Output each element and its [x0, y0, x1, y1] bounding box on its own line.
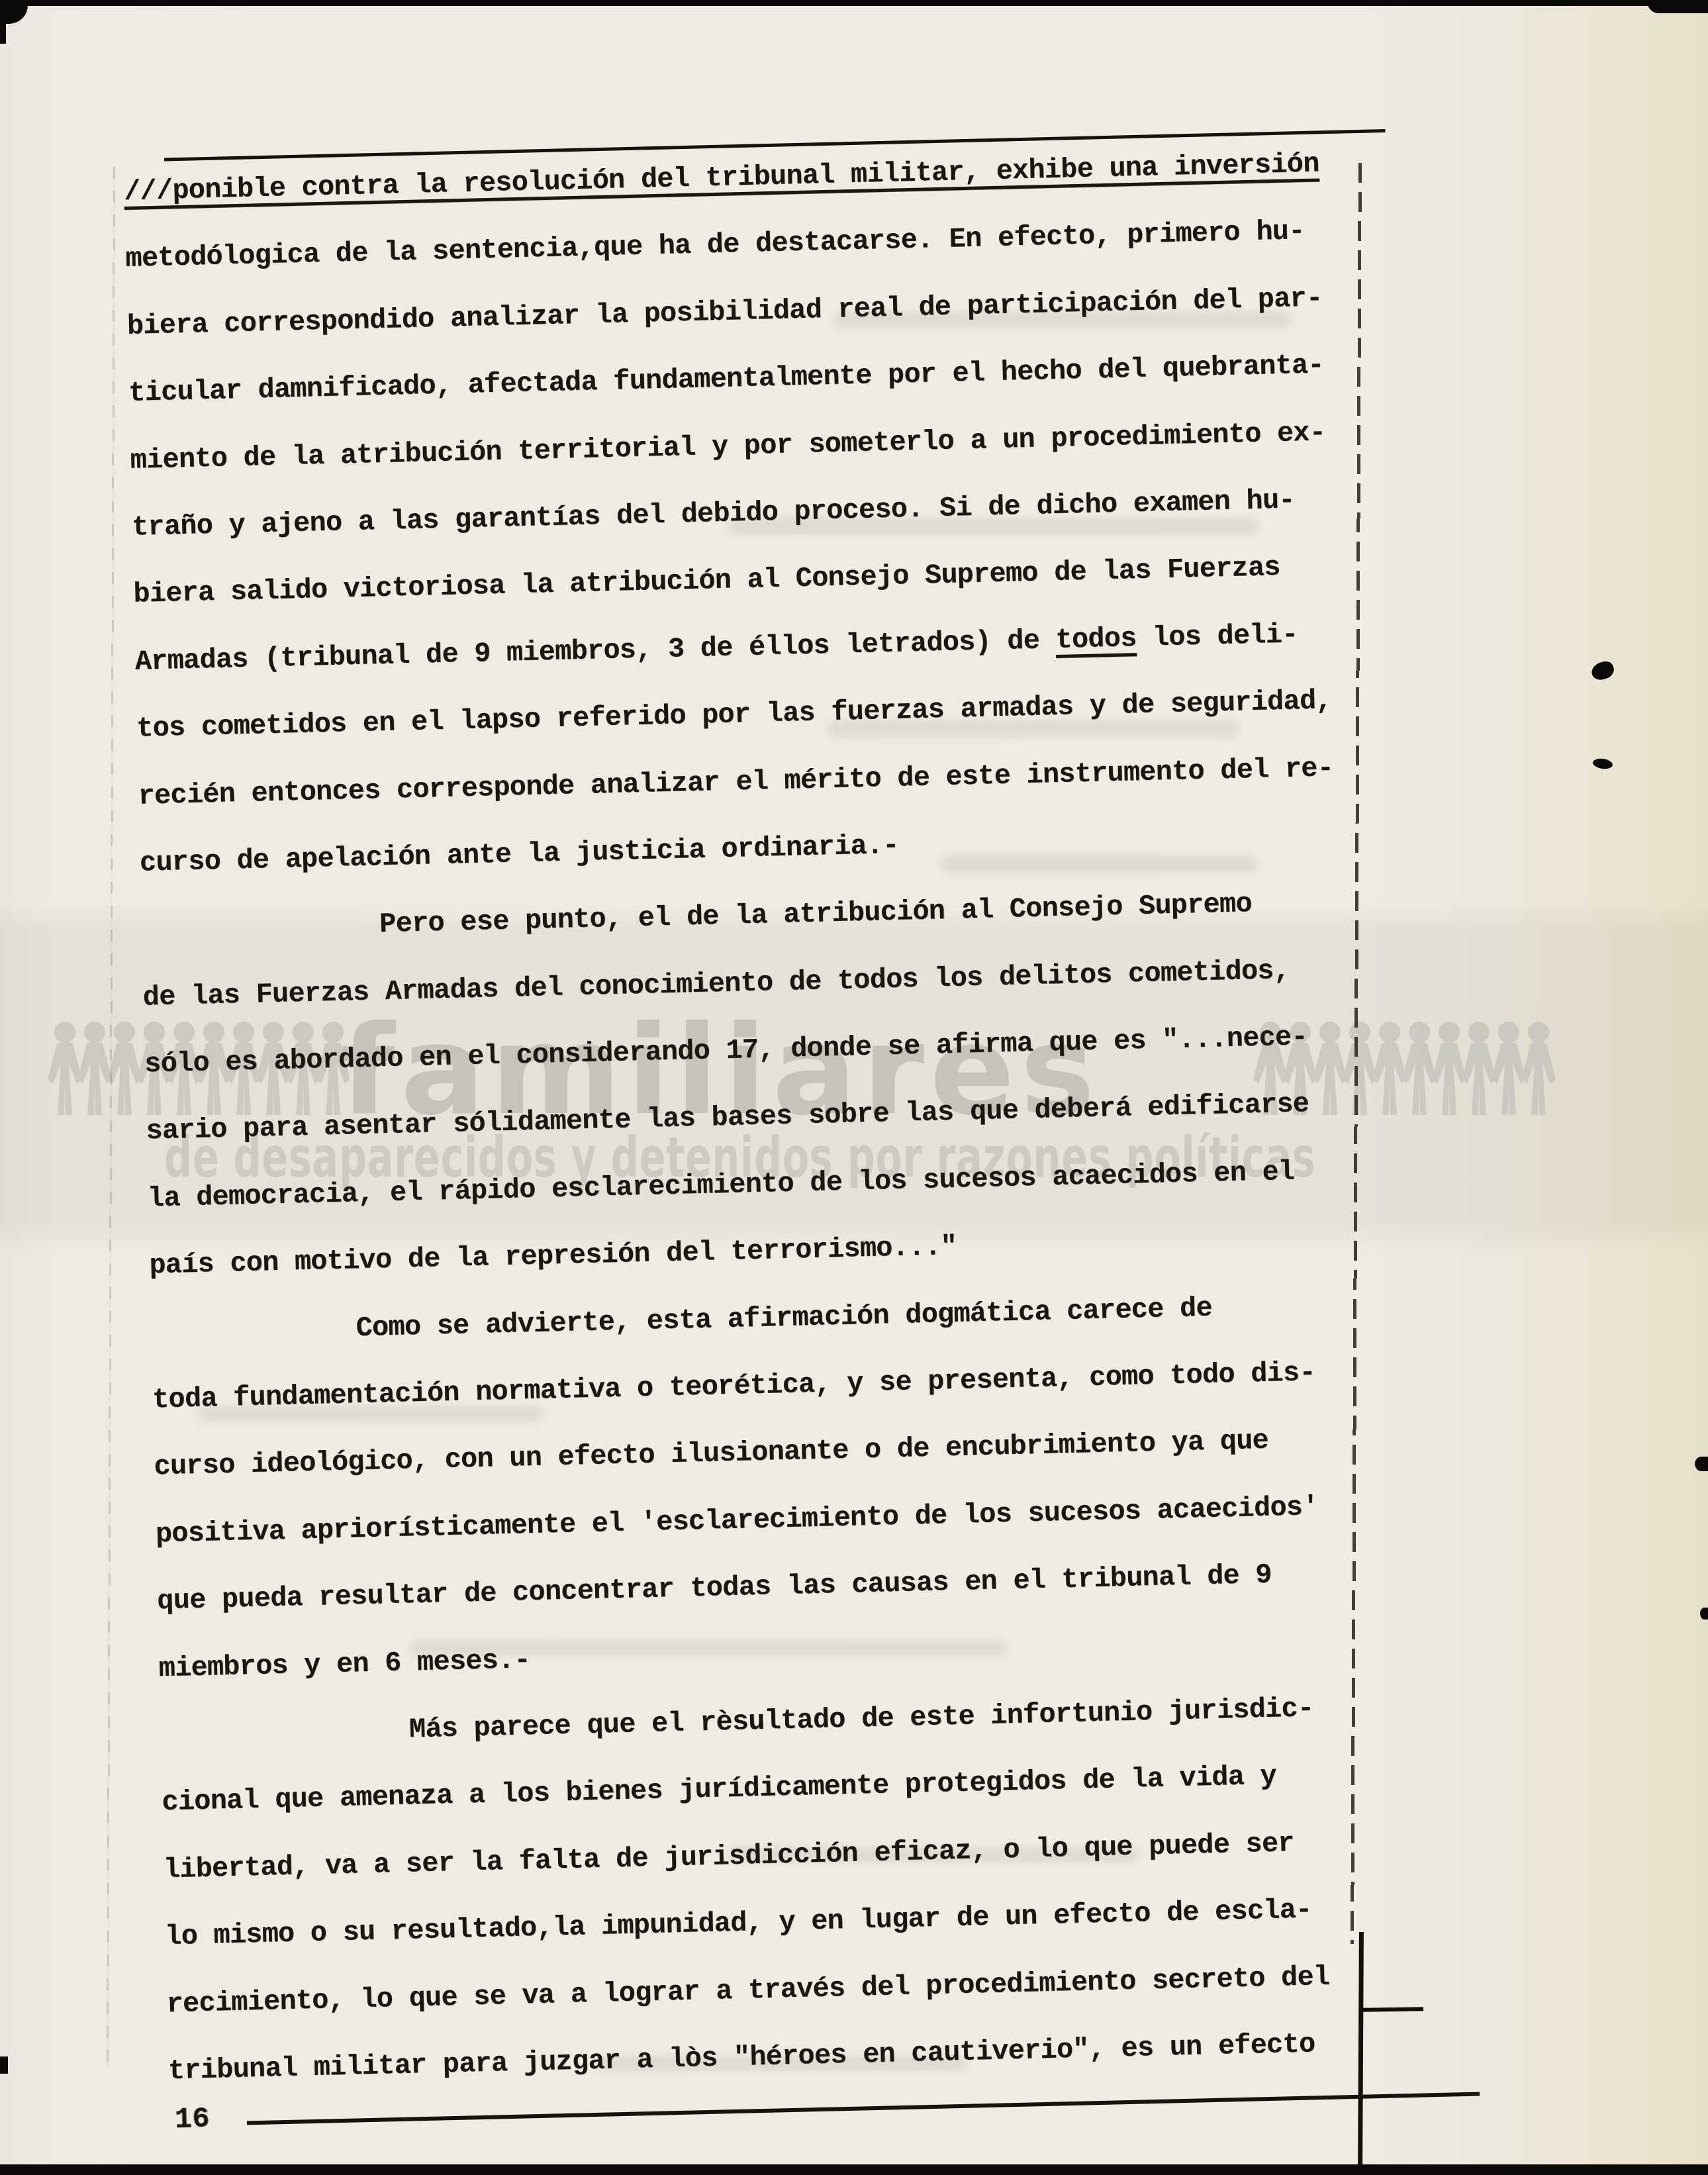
- text-segment: los deli-: [1136, 618, 1298, 654]
- ink-blot: [1700, 1608, 1708, 1619]
- ink-blot: [1592, 757, 1613, 770]
- footer-rule: [247, 2092, 1480, 2125]
- scan-edge-top: [0, 0, 1708, 6]
- scan-edge-bottom: [0, 2164, 1708, 2175]
- scan-mark-left-edge: [0, 2056, 8, 2074]
- text-segment: Armadas (tribunal de 9 miembros, 3 de él…: [134, 624, 1056, 678]
- ink-blot: [1695, 1457, 1708, 1471]
- ink-blot: [1589, 659, 1616, 682]
- underlined-text: todos: [1055, 622, 1137, 656]
- typewritten-text-block: ///ponible contra la resolución del trib…: [123, 129, 1427, 2105]
- scan-edge-corner-top-right: [1647, 0, 1708, 13]
- scan-edge-left: [0, 0, 6, 44]
- page-number: 16: [174, 2103, 210, 2137]
- scanned-document-page: familiares de desaparecidos y detenidos …: [0, 0, 1708, 2175]
